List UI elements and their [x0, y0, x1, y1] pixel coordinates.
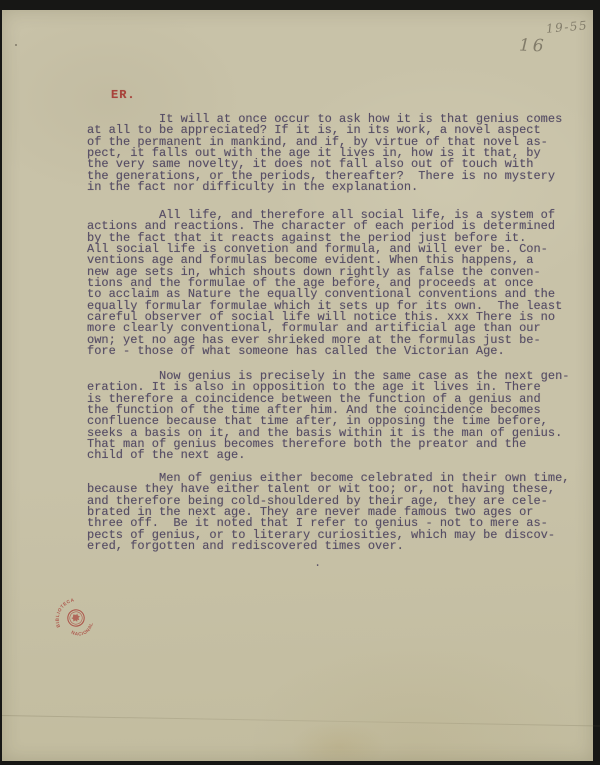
page-number-handwritten: 16: [519, 36, 547, 57]
stamp-text-bottom: NACIONAL: [69, 617, 97, 643]
red-typed-heading: ER.: [111, 88, 136, 102]
paper-crease: [2, 715, 600, 726]
typed-line: ered, forgotten and rediscovered times o…: [87, 541, 569, 552]
paper-sheet: 19-55 16 ER. It will at once occur to as…: [2, 10, 593, 761]
typed-paragraph-2: All life, and therefore all social life,…: [87, 210, 562, 357]
typed-line: in the fact nor difficulty in the explan…: [87, 182, 562, 193]
typed-paragraph-4: Men of genius either become celebrated i…: [87, 473, 569, 552]
scanned-document-view: { "colors":{ "paper":"#c8c2a8", "ink":"#…: [0, 0, 600, 765]
typed-paragraph-1: It will at once occur to ask how it is t…: [87, 114, 562, 193]
svg-text:NACIONAL: NACIONAL: [69, 617, 97, 643]
catalog-number-handwritten: 19-55: [545, 18, 588, 36]
stray-typed-period: .: [314, 556, 321, 570]
typed-paragraph-3: Now genius is precisely in the same case…: [87, 371, 569, 462]
typed-line: fore - those of what someone has called …: [87, 346, 562, 357]
paper-speck: [15, 44, 17, 46]
typed-line: child of the next age.: [87, 450, 569, 461]
library-stamp-icon: BIBLIOTECA NACIONAL: [41, 583, 111, 653]
